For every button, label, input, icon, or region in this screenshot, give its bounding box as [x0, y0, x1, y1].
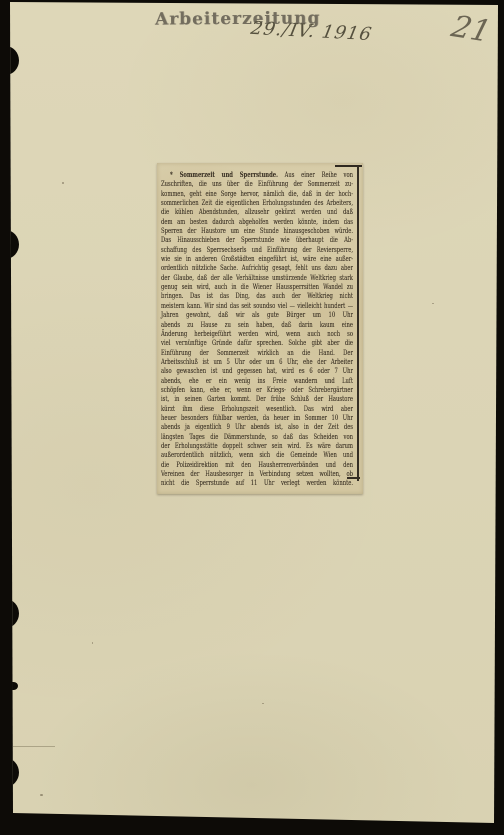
punch-hole-1	[0, 46, 19, 75]
handwritten-page-number: 21	[448, 10, 495, 50]
clipping-text: * Sommerzeit und Sperrstunde. Aus einer …	[161, 170, 353, 489]
paper-speck	[432, 303, 434, 304]
paper-speck	[92, 642, 93, 644]
paper-speck	[262, 703, 264, 704]
paper-crease	[13, 746, 55, 747]
edge-nick	[9, 682, 18, 690]
clipping-headline: * Sommerzeit und Sperrstunde.	[170, 170, 278, 179]
scanned-archive-sheet: { "document": { "stamp": "Arbeiterzeitun…	[0, 0, 504, 835]
clipping-body: Aus einer Reihe von Zuschriften, die uns…	[161, 171, 353, 487]
album-page: Arbeiterzeitung 29./IV. 1916 21 * Sommer…	[0, 0, 504, 835]
column-rule-vertical	[357, 166, 359, 481]
punch-hole-3	[0, 599, 19, 628]
paper-speck	[40, 794, 43, 796]
punch-hole-2	[0, 230, 19, 259]
paper-speck	[62, 182, 64, 184]
handwritten-date: 29./IV. 1916	[249, 18, 374, 45]
newspaper-clipping: * Sommerzeit und Sperrstunde. Aus einer …	[157, 163, 363, 494]
punch-hole-4	[0, 758, 19, 787]
